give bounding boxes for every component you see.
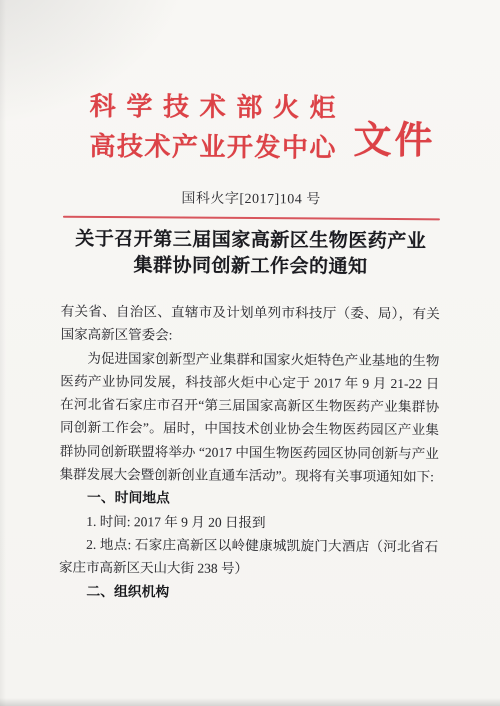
document-body: 有关省、自治区、直辖市及计划单列市科技厅（委、局），有关国家高新区管委会: 为促… [59, 300, 440, 605]
document-title-line1: 关于召开第三届国家高新区生物医药产业 [1, 226, 500, 255]
section-heading-time-location: 一、时间地点 [59, 486, 438, 512]
item-time: 1. 时间: 2017 年 9 月 20 日报到 [59, 509, 438, 535]
document-type-label: 文件 [353, 109, 435, 165]
issuer-name: 科学技术部火炬 高技术产业开发中心 [89, 87, 336, 169]
document-title: 关于召开第三届国家高新区生物医药产业 集群协同创新工作会的通知 [1, 226, 500, 281]
document-content: 科学技术部火炬 高技术产业开发中心 文件 国科火字[2017]104 号 关于召… [0, 0, 500, 706]
item-location: 2. 地点: 石家庄高新区以岭健康城凯旋门大酒店（河北省石家庄市高新区天山大街 … [59, 533, 438, 582]
red-divider-line [62, 216, 439, 221]
issuer-name-line1: 科学技术部火炬 [90, 87, 336, 129]
salutation: 有关省、自治区、直辖市及计划单列市科技厅（委、局），有关国家高新区管委会: [61, 300, 440, 349]
section-heading-organization: 二、组织机构 [59, 579, 438, 605]
document-number: 国科火字[2017]104 号 [1, 186, 500, 209]
document-title-line2: 集群协同创新工作会的通知 [1, 252, 500, 281]
issuer-name-line2: 高技术产业开发中心 [89, 127, 335, 169]
scanned-document-page: 科学技术部火炬 高技术产业开发中心 文件 国科火字[2017]104 号 关于召… [0, 0, 500, 706]
intro-paragraph: 为促进国家创新型产业集群和国家火炬特色产业基地的生物医药产业协同发展，科技部火炬… [60, 346, 440, 488]
letterhead: 科学技术部火炬 高技术产业开发中心 文件 [1, 0, 500, 170]
